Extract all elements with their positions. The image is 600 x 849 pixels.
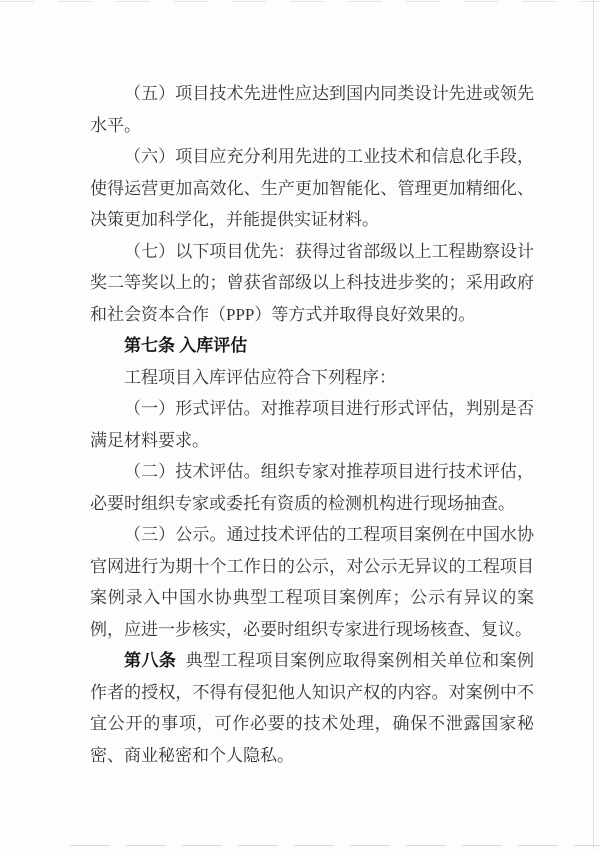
paragraph-step-3: （三）公示。通过技术评估的工程项目案例在中国水协官网进行为期十个工作日的公示，对…	[90, 519, 534, 645]
article-number: 第八条	[124, 651, 176, 670]
scan-edge-right	[593, 0, 594, 849]
document-page: （五）项目技术先进性应达到国内同类设计先进或领先水平。 （六）项目应充分利用先进…	[0, 0, 600, 849]
paragraph-clause-6: （六）项目应充分利用先进的工业技术和信息化手段，使得运营更加高效化、生产更加智能…	[90, 141, 534, 236]
paragraph-clause-7: （七）以下项目优先：获得过省部级以上工程勘察设计奖二等奖以上的；曾获省部级以上科…	[90, 236, 534, 331]
paragraph-text: （五）项目技术先进性应达到国内同类设计先进或领先水平。	[90, 84, 534, 135]
article-8-paragraph: 第八条典型工程项目案例应取得案例相关单位和案例作者的授权，不得有侵犯他人知识产权…	[90, 645, 534, 771]
paragraph-text: （二）技术评估。组织专家对推荐项目进行技术评估，必要时组织专家或委托有资质的检测…	[90, 462, 534, 513]
paragraph-text: （六）项目应充分利用先进的工业技术和信息化手段，使得运营更加高效化、生产更加智能…	[90, 147, 534, 229]
article-7-heading: 第七条 入库评估	[90, 330, 534, 362]
paragraph-text: （三）公示。通过技术评估的工程项目案例在中国水协官网进行为期十个工作日的公示，对…	[90, 525, 534, 639]
paragraph-text: 工程项目入库评估应符合下列程序：	[124, 368, 396, 387]
scan-edge-top	[0, 1, 600, 2]
paragraph-clause-5: （五）项目技术先进性应达到国内同类设计先进或领先水平。	[90, 78, 534, 141]
paragraph-step-2: （二）技术评估。组织专家对推荐项目进行技术评估，必要时组织专家或委托有资质的检测…	[90, 456, 534, 519]
paragraph-step-1: （一）形式评估。对推荐项目进行形式评估，判别是否满足材料要求。	[90, 393, 534, 456]
paragraph-text: （一）形式评估。对推荐项目进行形式评估，判别是否满足材料要求。	[90, 399, 534, 450]
article-heading-text: 第七条 入库评估	[124, 336, 247, 355]
paragraph-text: （七）以下项目优先：获得过省部级以上工程勘察设计奖二等奖以上的；曾获省部级以上科…	[90, 242, 534, 324]
scan-edge-bottom	[70, 845, 600, 846]
document-body: （五）项目技术先进性应达到国内同类设计先进或领先水平。 （六）项目应充分利用先进…	[90, 78, 534, 771]
paragraph-procedure-intro: 工程项目入库评估应符合下列程序：	[90, 362, 534, 394]
